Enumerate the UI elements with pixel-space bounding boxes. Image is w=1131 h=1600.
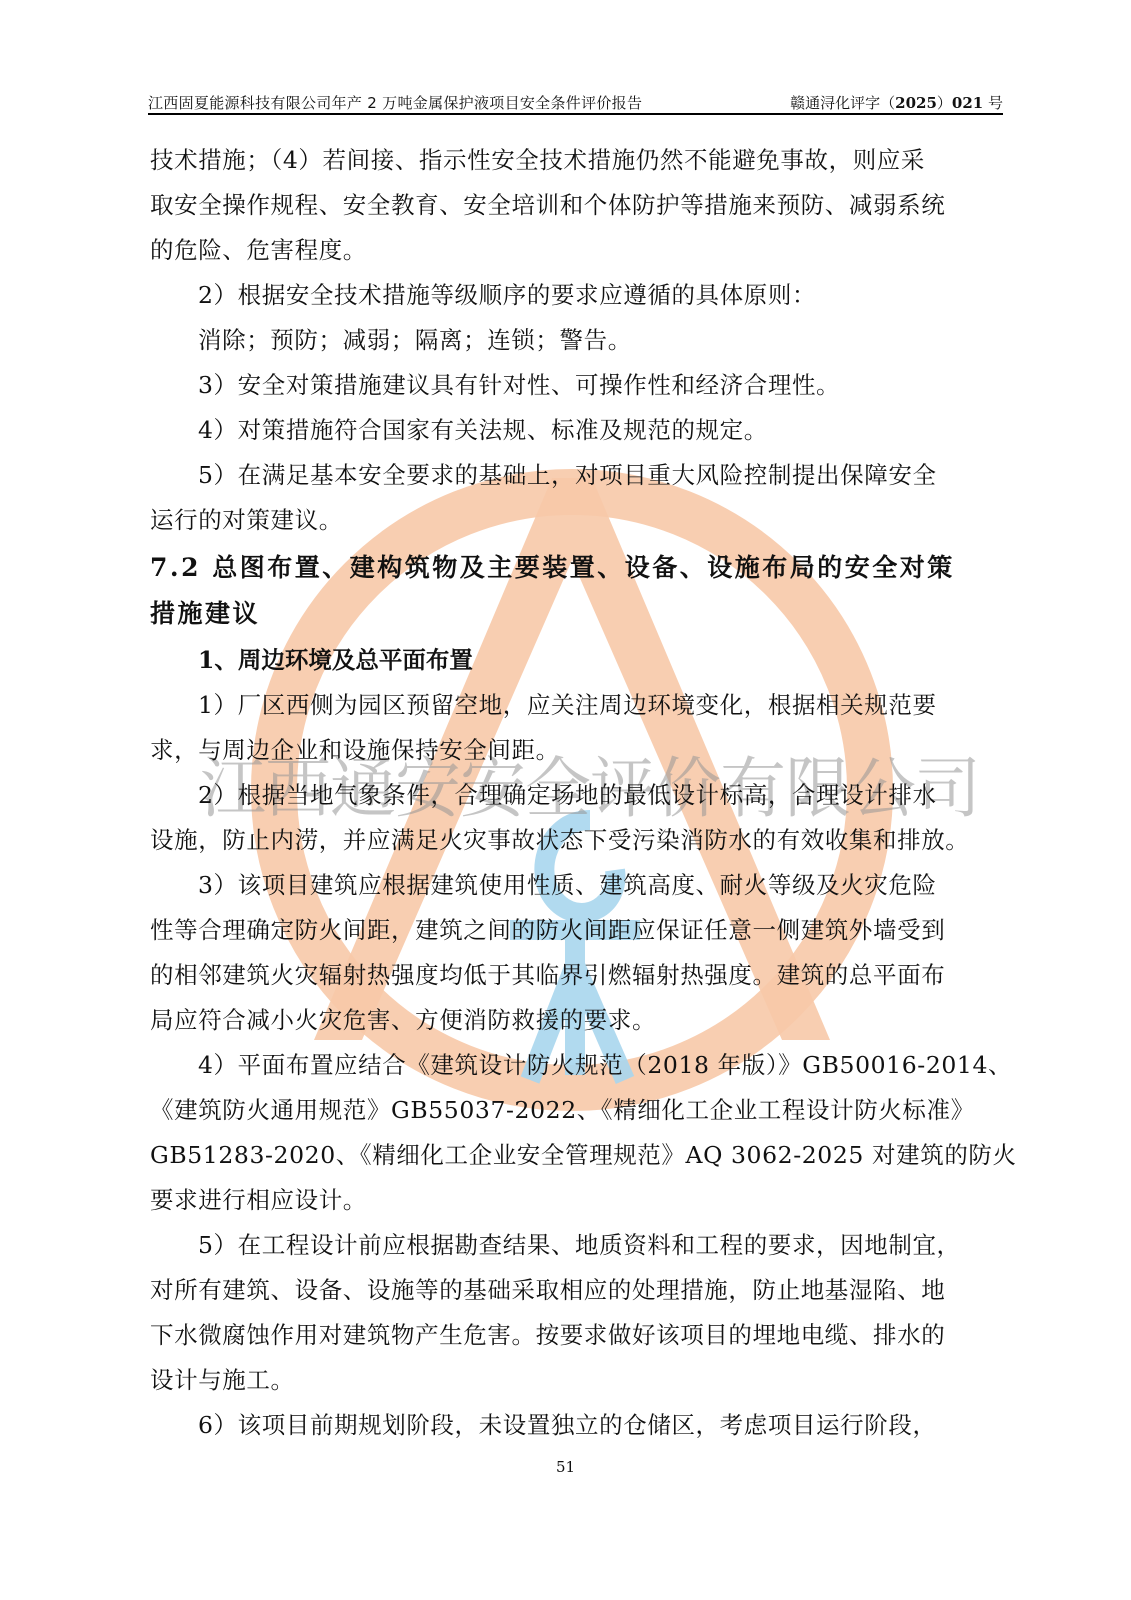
subsection-heading: 1、周边环境及总平面布置 bbox=[150, 637, 1005, 683]
doc-number-seq: 021 bbox=[952, 94, 983, 112]
principle-list: 消除；预防；减弱；隔离；连锁；警告。 bbox=[150, 318, 1005, 363]
principle-item-5: 5）在满足基本安全要求的基础上，对项目重大风险控制提出保障安全 bbox=[150, 453, 1005, 498]
measure-item-1: 1）厂区西侧为园区预留空地，应关注周边环境变化，根据相关规范要 bbox=[150, 683, 1005, 728]
doc-number-prefix: 赣通浔化评字（ bbox=[790, 94, 895, 112]
measure-item-4: 4）平面布置应结合《建筑设计防火规范（2018 年版）》GB50016-2014… bbox=[150, 1043, 1005, 1088]
paragraph-line: 对所有建筑、设备、设施等的基础采取相应的处理措施，防止地基湿陷、地 bbox=[150, 1268, 1005, 1313]
document-body: 技术措施；（4）若间接、指示性安全技术措施仍然不能避免事故，则应采 取安全操作规… bbox=[150, 138, 1005, 1448]
paragraph-line: 性等合理确定防火间距，建筑之间的防火间距应保证任意一侧建筑外墙受到 bbox=[150, 908, 1005, 953]
paragraph-line: 运行的对策建议。 bbox=[150, 498, 1005, 543]
report-title: 江西固夏能源科技有限公司年产 2 万吨金属保护液项目安全条件评价报告 bbox=[148, 92, 642, 113]
paragraph-line: 技术措施；（4）若间接、指示性安全技术措施仍然不能避免事故，则应采 bbox=[150, 138, 1005, 183]
page-header: 江西固夏能源科技有限公司年产 2 万吨金属保护液项目安全条件评价报告 赣通浔化评… bbox=[148, 91, 1003, 115]
paragraph-line: 求，与周边企业和设施保持安全间距。 bbox=[150, 728, 1005, 773]
paragraph-line: 《建筑防火通用规范》GB55037-2022、《精细化工企业工程设计防火标准》 bbox=[150, 1088, 1005, 1133]
paragraph-line: 要求进行相应设计。 bbox=[150, 1178, 1005, 1223]
paragraph-line: 局应符合减小火灾危害、方便消防救援的要求。 bbox=[150, 998, 1005, 1043]
paragraph-line: 设施，防止内涝，并应满足火灾事故状态下受污染消防水的有效收集和排放。 bbox=[150, 818, 1005, 863]
principle-item-4: 4）对策措施符合国家有关法规、标准及规范的规定。 bbox=[150, 408, 1005, 453]
section-heading-7-2: 7.2 总图布置、建构筑物及主要装置、设备、设施布局的安全对策 bbox=[150, 545, 1005, 591]
document-number: 赣通浔化评字（2025）021 号 bbox=[790, 92, 1003, 113]
paragraph-line: GB51283-2020、《精细化工企业安全管理规范》AQ 3062-2025 … bbox=[150, 1133, 1005, 1178]
doc-number-suffix: 号 bbox=[983, 94, 1003, 112]
paragraph-line: 设计与施工。 bbox=[150, 1358, 1005, 1403]
principle-item-2: 2）根据安全技术措施等级顺序的要求应遵循的具体原则： bbox=[150, 273, 1005, 318]
measure-item-5: 5）在工程设计前应根据勘查结果、地质资料和工程的要求，因地制宜， bbox=[150, 1223, 1005, 1268]
measure-item-6: 6）该项目前期规划阶段，未设置独立的仓储区，考虑项目运行阶段， bbox=[150, 1403, 1005, 1448]
paragraph-line: 的相邻建筑火灾辐射热强度均低于其临界引燃辐射热强度。建筑的总平面布 bbox=[150, 953, 1005, 998]
principle-item-3: 3）安全对策措施建议具有针对性、可操作性和经济合理性。 bbox=[150, 363, 1005, 408]
doc-number-mid: ） bbox=[937, 94, 952, 112]
paragraph-line: 下水微腐蚀作用对建筑物产生危害。按要求做好该项目的埋地电缆、排水的 bbox=[150, 1313, 1005, 1358]
doc-number-year: 2025 bbox=[895, 94, 937, 112]
page-number: 51 bbox=[0, 1458, 1131, 1476]
measure-item-2: 2）根据当地气象条件，合理确定场地的最低设计标高，合理设计排水 bbox=[150, 773, 1005, 818]
measure-item-3: 3）该项目建筑应根据建筑使用性质、建筑高度、耐火等级及火灾危险 bbox=[150, 863, 1005, 908]
paragraph-line: 取安全操作规程、安全教育、安全培训和个体防护等措施来预防、减弱系统 bbox=[150, 183, 1005, 228]
paragraph-line: 的危险、危害程度。 bbox=[150, 228, 1005, 273]
section-heading-7-2-cont: 措施建议 bbox=[150, 591, 1005, 637]
